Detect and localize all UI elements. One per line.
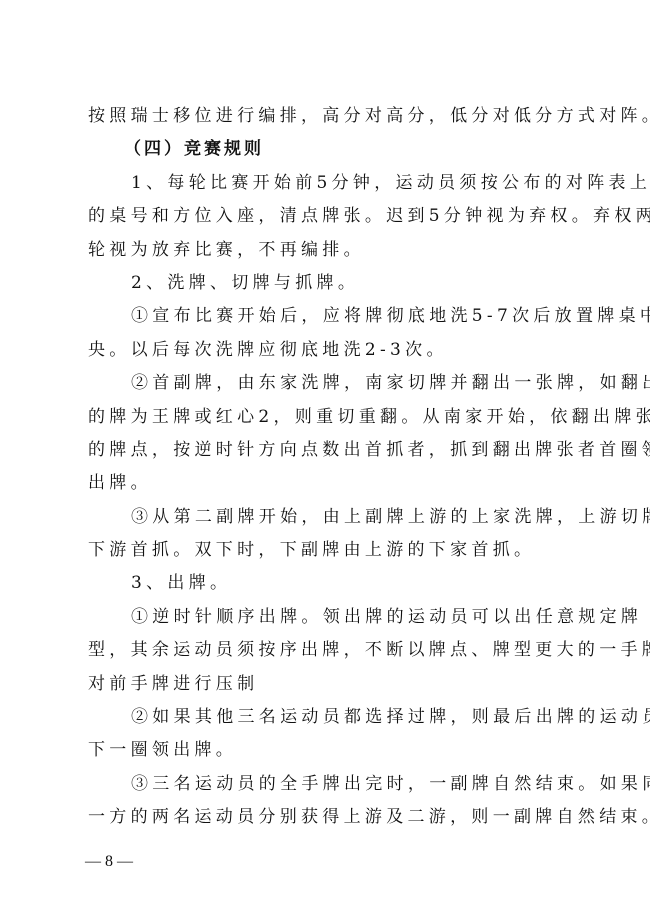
paragraph-line: 下游首抓。双下时，下副牌由上游的下家首抓。 [88,534,566,567]
paragraph-line: 按照瑞士移位进行编排，高分对高分，低分对低分方式对阵。 [88,100,566,133]
paragraph-line: ②如果其他三名运动员都选择过牌，则最后出牌的运动员 [88,701,566,734]
paragraph-line: 型，其余运动员须按序出牌，不断以牌点、牌型更大的一手牌 [88,634,566,667]
paragraph-line: ③三名运动员的全手牌出完时，一副牌自然结束。如果同 [88,768,566,801]
paragraph-line: ③从第二副牌开始，由上副牌上游的上家洗牌，上游切牌， [88,501,566,534]
paragraph-line: 轮视为放弃比赛，不再编排。 [88,234,566,267]
paragraph-line: ①宣布比赛开始后，应将牌彻底地洗5-7次后放置牌桌中 [88,300,566,333]
paragraph-line: 出牌。 [88,467,566,500]
page-number: — 8 — [85,853,133,871]
document-body: 按照瑞士移位进行编排，高分对高分，低分对低分方式对阵。 （四）竞赛规则 1、每轮… [88,100,566,835]
paragraph-line: 下一圈领出牌。 [88,734,566,767]
paragraph-line: 的牌为王牌或红心2，则重切重翻。从南家开始，依翻出牌张 [88,401,566,434]
section-heading: （四）竞赛规则 [88,133,566,166]
paragraph-line: 的牌点，按逆时针方向点数出首抓者，抓到翻出牌张者首圈领 [88,434,566,467]
paragraph-line: 2、洗牌、切牌与抓牌。 [88,267,566,300]
paragraph-line: 的桌号和方位入座，清点牌张。迟到5分钟视为弃权。弃权两 [88,200,566,233]
paragraph-line: ②首副牌，由东家洗牌，南家切牌并翻出一张牌，如翻出 [88,367,566,400]
paragraph-line: 对前手牌进行压制 [88,668,566,701]
paragraph-line: ①逆时针顺序出牌。领出牌的运动员可以出任意规定牌 [88,601,566,634]
paragraph-line: 一方的两名运动员分别获得上游及二游，则一副牌自然结束。 [88,801,566,834]
paragraph-line: 1、每轮比赛开始前5分钟，运动员须按公布的对阵表上 [88,167,566,200]
paragraph-line: 3、出牌。 [88,567,566,600]
paragraph-line: 央。以后每次洗牌应彻底地洗2-3次。 [88,334,566,367]
